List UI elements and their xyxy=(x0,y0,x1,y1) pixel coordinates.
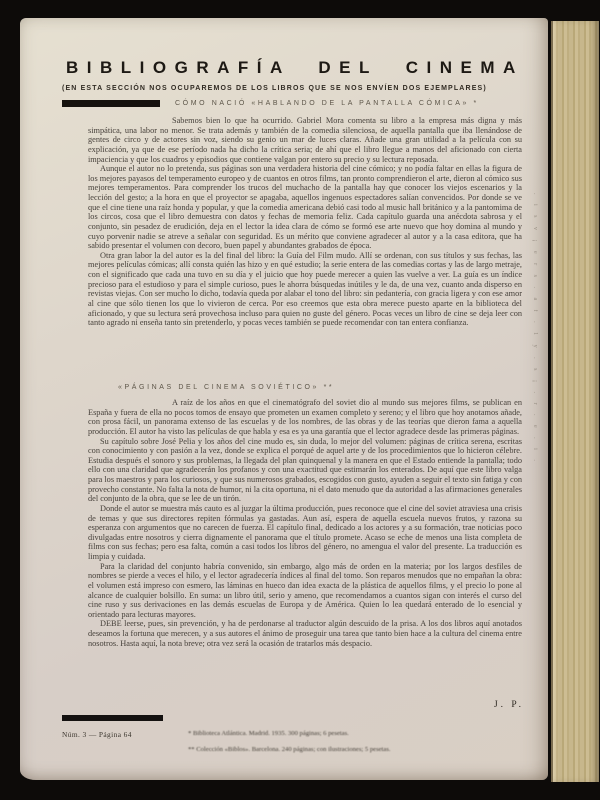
article-body-2: A raíz de los años en que el cinematógra… xyxy=(88,398,522,701)
section-heading-row: CÓMO NACIÓ «HABLANDO DE LA PANTALLA CÓMI… xyxy=(62,98,538,108)
footer-rule xyxy=(62,715,163,721)
scan-background: { "doc": { "title": "BIBLIOGRAFÍA DEL CI… xyxy=(0,0,600,800)
section-heading-2: «PÁGINAS DEL CINEMA SOVIÉTICO» ** xyxy=(118,384,334,391)
paragraph: Sabemos bien lo que ha ocurrido. Gabriel… xyxy=(88,116,522,164)
page-subtitle: (EN ESTA SECCIÓN NOS OCUPAREMOS DE LOS L… xyxy=(62,85,540,92)
paragraph: Aunque el autor no lo pretenda, sus pági… xyxy=(88,164,522,251)
paragraph: * Biblioteca Atlántica. Madrid. 1935. 30… xyxy=(188,729,528,739)
margin-vertical-text: . i s v ¡ e r s . a f . 1 y . s ¡ . r . … xyxy=(525,193,538,708)
footnotes: * Biblioteca Atlántica. Madrid. 1935. 30… xyxy=(188,722,528,761)
scanned-page: BIBLIOGRAFÍA DEL CINEMA (EN ESTA SECCIÓN… xyxy=(20,18,548,780)
section-heading-bar xyxy=(62,100,160,107)
paragraph: Para la claridad del conjunto habría con… xyxy=(88,562,522,620)
paragraph: A raíz de los años en que el cinematógra… xyxy=(88,398,522,437)
book-edge-strip xyxy=(551,21,599,782)
page-title: BIBLIOGRAFÍA DEL CINEMA xyxy=(66,58,538,78)
reviewer-initials: J. P. xyxy=(450,700,524,710)
article-body-1: Sabemos bien lo que ha ocurrido. Gabriel… xyxy=(88,116,522,379)
paragraph: Su capítulo sobre José Pelia y los años … xyxy=(88,437,522,504)
paragraph: ** Colección «Biblos». Barcelona. 240 pá… xyxy=(188,745,528,755)
paragraph: Otra gran labor la del autor es la del f… xyxy=(88,251,522,328)
paragraph: DEBE leerse, pues, sin prevención, y ha … xyxy=(88,619,522,648)
paragraph: Donde el autor se muestra más cauto es a… xyxy=(88,504,522,562)
issue-page-number: Núm. 3 — Página 64 xyxy=(62,730,182,739)
section-heading-1: CÓMO NACIÓ «HABLANDO DE LA PANTALLA CÓMI… xyxy=(175,100,479,107)
